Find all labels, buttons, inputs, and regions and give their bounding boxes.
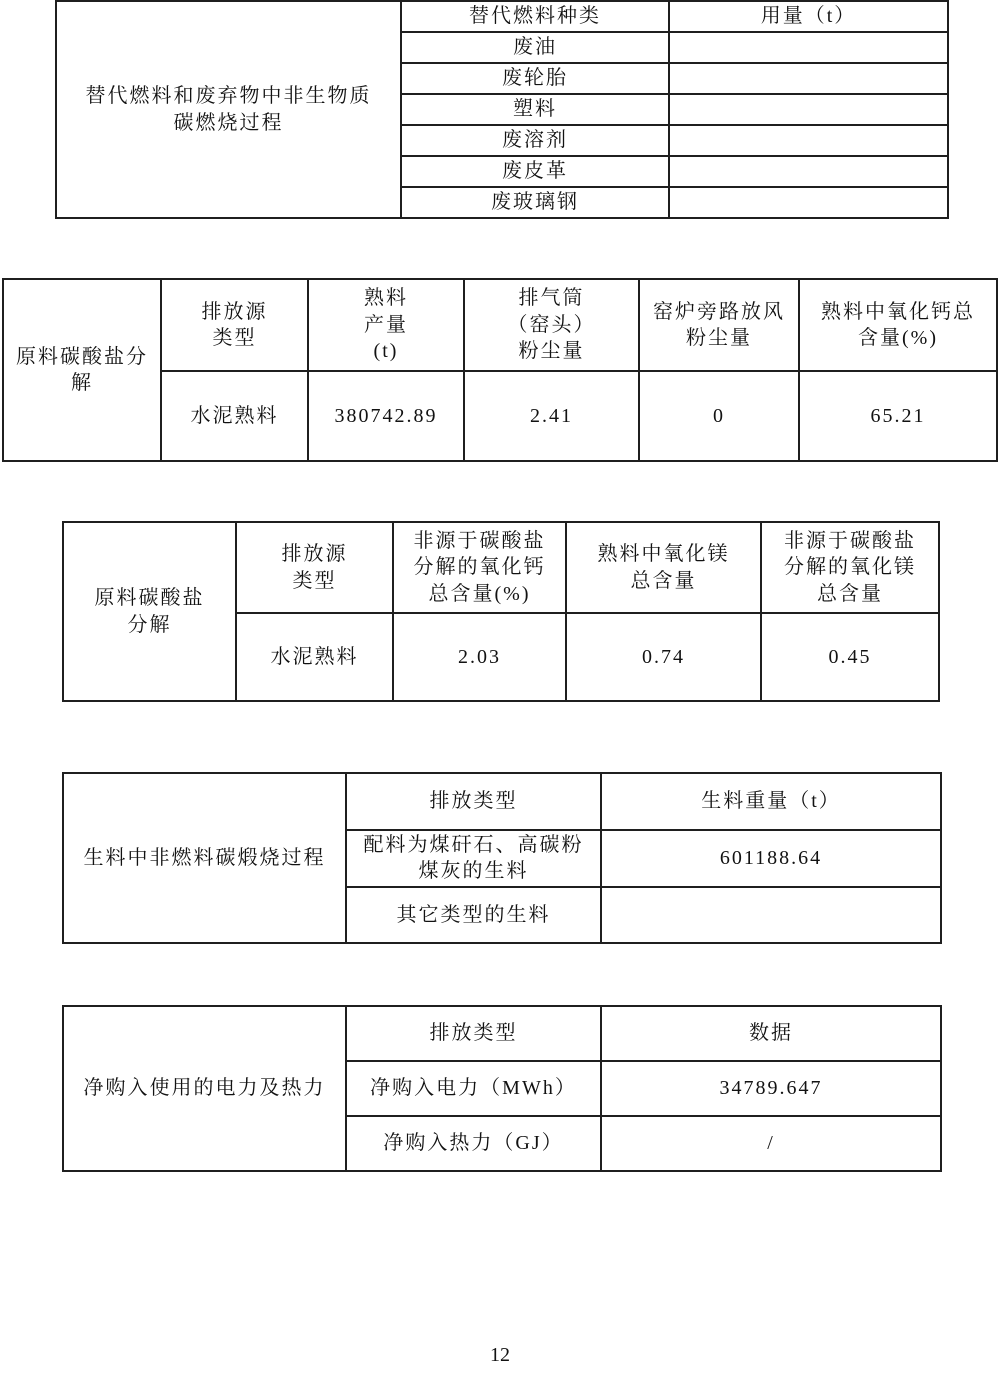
carbonate2-header-noncarbonate-mgo: 非源于碳酸盐 分解的氧化镁 总含量 (761, 522, 939, 613)
power-heat-value-cell: / (601, 1116, 941, 1171)
raw-meal-type-cell: 配料为煤矸石、高碳粉 煤灰的生料 (346, 830, 601, 887)
carbonate1-group-label: 原料碳酸盐分 解 (3, 279, 161, 461)
raw-meal-weight-cell: 601188.64 (601, 830, 941, 887)
page-number: 12 (0, 1344, 1000, 1367)
table-row: 原料碳酸盐分 解 排放源 类型 熟料 产量 (t) 排气筒 （窑头） 粉尘量 窑… (3, 279, 997, 371)
document-page: 替代燃料和废弃物中非生物质 碳燃烧过程 替代燃料种类 用量（t） 废油 废轮胎 … (0, 0, 1000, 1397)
carbonate2-mgo-content-cell: 0.74 (566, 613, 761, 701)
table-purchased-power-heat: 净购入使用的电力及热力 排放类型 数据 净购入电力（MWh） 34789.647… (62, 1005, 942, 1172)
power-heat-group-label: 净购入使用的电力及热力 (63, 1006, 346, 1171)
carbonate2-noncarbonate-cao-cell: 2.03 (393, 613, 566, 701)
table-raw-meal-calcination: 生料中非燃料碳煅烧过程 排放类型 生料重量（t） 配料为煤矸石、高碳粉 煤灰的生… (62, 772, 942, 944)
raw-meal-group-label: 生料中非燃料碳煅烧过程 (63, 773, 346, 943)
fuel-type-cell: 塑料 (401, 94, 669, 125)
fuel-type-cell: 废溶剂 (401, 125, 669, 156)
table-carbonate-decomposition-2: 原料碳酸盐 分解 排放源 类型 非源于碳酸盐 分解的氧化钙 总含量(%) 熟料中… (62, 521, 940, 702)
carbonate1-header-cao-content: 熟料中氧化钙总 含量(%) (799, 279, 997, 371)
fuel-amount-cell (669, 63, 948, 94)
raw-meal-header-type: 排放类型 (346, 773, 601, 830)
carbonate1-header-clinker-output: 熟料 产量 (t) (308, 279, 464, 371)
carbonate1-source-cell: 水泥熟料 (161, 371, 308, 461)
carbonate1-stack-dust-cell: 2.41 (464, 371, 639, 461)
raw-meal-header-weight: 生料重量（t） (601, 773, 941, 830)
fuel-amount-cell (669, 94, 948, 125)
fuel-amount-cell (669, 187, 948, 218)
carbonate1-header-source-type: 排放源 类型 (161, 279, 308, 371)
table-alt-fuel: 替代燃料和废弃物中非生物质 碳燃烧过程 替代燃料种类 用量（t） 废油 废轮胎 … (55, 0, 949, 219)
power-heat-type-cell: 净购入热力（GJ） (346, 1116, 601, 1171)
carbonate1-header-stack-dust: 排气筒 （窑头） 粉尘量 (464, 279, 639, 371)
fuel-type-cell: 废轮胎 (401, 63, 669, 94)
carbonate2-group-label: 原料碳酸盐 分解 (63, 522, 236, 701)
raw-meal-weight-cell (601, 887, 941, 943)
alt-fuel-header-amount: 用量（t） (669, 1, 948, 32)
carbonate2-noncarbonate-mgo-cell: 0.45 (761, 613, 939, 701)
fuel-amount-cell (669, 156, 948, 187)
carbonate1-cao-content-cell: 65.21 (799, 371, 997, 461)
fuel-type-cell: 废玻璃钢 (401, 187, 669, 218)
table-row: 净购入使用的电力及热力 排放类型 数据 (63, 1006, 941, 1061)
raw-meal-type-cell: 其它类型的生料 (346, 887, 601, 943)
power-heat-type-cell: 净购入电力（MWh） (346, 1061, 601, 1116)
table-row: 生料中非燃料碳煅烧过程 排放类型 生料重量（t） (63, 773, 941, 830)
carbonate2-header-source-type: 排放源 类型 (236, 522, 393, 613)
carbonate1-bypass-dust-cell: 0 (639, 371, 799, 461)
alt-fuel-header-type: 替代燃料种类 (401, 1, 669, 32)
alt-fuel-group-label: 替代燃料和废弃物中非生物质 碳燃烧过程 (56, 1, 401, 218)
power-heat-header-data: 数据 (601, 1006, 941, 1061)
power-heat-value-cell: 34789.647 (601, 1061, 941, 1116)
power-heat-header-type: 排放类型 (346, 1006, 601, 1061)
carbonate2-header-noncarbonate-cao: 非源于碳酸盐 分解的氧化钙 总含量(%) (393, 522, 566, 613)
fuel-type-cell: 废皮革 (401, 156, 669, 187)
fuel-amount-cell (669, 125, 948, 156)
table-carbonate-decomposition-1: 原料碳酸盐分 解 排放源 类型 熟料 产量 (t) 排气筒 （窑头） 粉尘量 窑… (2, 278, 998, 462)
carbonate1-clinker-output-cell: 380742.89 (308, 371, 464, 461)
fuel-amount-cell (669, 32, 948, 63)
carbonate1-header-bypass-dust: 窑炉旁路放风 粉尘量 (639, 279, 799, 371)
table-row: 替代燃料和废弃物中非生物质 碳燃烧过程 替代燃料种类 用量（t） (56, 1, 948, 32)
carbonate2-source-cell: 水泥熟料 (236, 613, 393, 701)
fuel-type-cell: 废油 (401, 32, 669, 63)
table-row: 原料碳酸盐 分解 排放源 类型 非源于碳酸盐 分解的氧化钙 总含量(%) 熟料中… (63, 522, 939, 613)
carbonate2-header-mgo-content: 熟料中氧化镁 总含量 (566, 522, 761, 613)
